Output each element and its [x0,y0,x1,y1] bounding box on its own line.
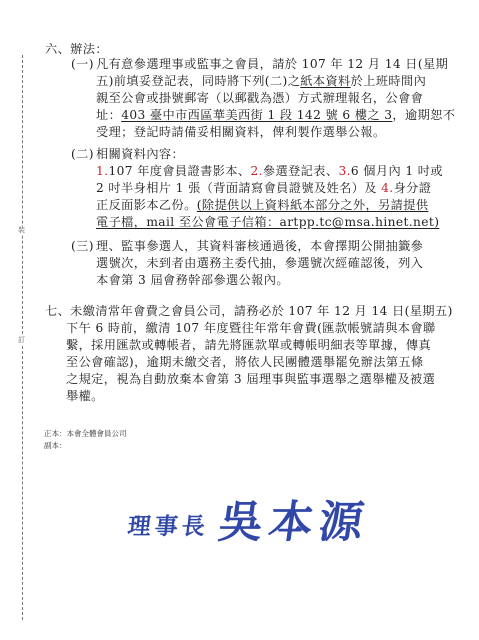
section6-item2-line1: 1.107 年度會員證書影本、2.參選登記表、3.6 個月內 1 吋或 [96,163,443,180]
section6-item1-line5: 受理；登記時請備妥相關資料，俾利製作選舉公報。 [96,124,386,141]
section6-item3-line1: 理、監事參選人，其資料審核通過後，本會擇期公開抽籤參 [96,238,423,255]
document-page: 裝 訂 六、辦法： (一) 凡有意參選理事或監事之會員，請於 107 年 12 … [0,0,479,640]
chairman-signature: 理事長 吳本源 [128,493,369,549]
copy-recipient: 副本： [44,440,67,451]
section7-line3: 繫，採用匯款或轉帳者，請先將匯款單或轉帳明細表等單據，傳真 [66,337,431,354]
section6-item3-line2: 選號次，未到者由選務主委代抽，參選號次經確認後，列入 [96,255,423,272]
section6-item2-email-line: 電子檔，mail 至公會電子信箱：artpp.tc@msa.hinet.net) [96,214,439,231]
signature-name: 吳本源 [215,497,372,549]
section6-item1-line2: 五)前填妥登記表，同時將下列(二)之紙本資料於上班時間內 [96,73,426,90]
section7-line1: 七、未繳清常年會費之會員公司，請務必於 107 年 12 月 14 日(星期五) [45,303,453,320]
signature-title: 理事長 [126,508,210,541]
section6-item1-line1: 凡有意參選理事或監事之會員，請於 107 年 12 月 14 日(星期 [96,56,448,73]
section6-item2-line3: 正反面影本乙份。(除提供以上資料紙本部分之外，另請提供 [96,197,428,214]
association-address: 403 臺中市西區華美西街 1 段 142 號 6 樓之 3 [121,108,392,122]
section6-item3-label: (三) [71,238,94,255]
section6-item1-line3: 親至公會或掛號郵寄（以郵戳為憑）方式辦理報名，公會會 [96,90,423,107]
section6-item2-line2: 2 吋半身相片 1 張（背面請寫會員證號及姓名）及 4.身分證 [96,180,431,197]
section7-line5: 之規定，視為自動放棄本會第 3 屆理事與監事選舉之選舉權及被選 [66,371,435,388]
section7-line4: 至公會確認)，逾期未繳交者，將依人民團體選舉罷免辦法第五條 [66,354,424,371]
section6-item2-label: (二) [71,146,94,163]
section6-item2-title: 相關資料內容： [96,146,184,163]
section6-item1-label: (一) [71,56,94,73]
section7-line2: 下午 6 時前，繳清 107 年度暨往年常年會費(匯款帳號請與本會聯 [66,320,436,337]
section6-item1-line4: 址：403 臺中市西區華美西街 1 段 142 號 6 樓之 3，逾期恕不 [96,107,455,124]
margin-mark-bind: 裝 [18,226,25,234]
paper-materials-underlined: 紙本資料 [300,74,350,88]
section6-item3-line3: 本會第 3 屆會務幹部參選公報內。 [96,272,289,289]
section7-line6: 舉權。 [66,388,104,405]
margin-mark-staple: 訂 [18,336,25,344]
original-recipient: 正本：本會全體會員公司 [44,428,127,439]
